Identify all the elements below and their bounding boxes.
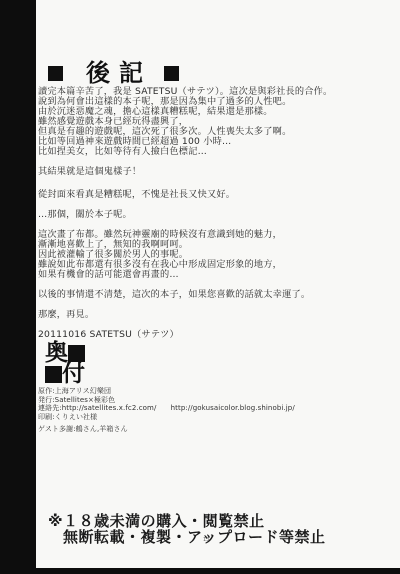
black-square-icon [48,66,63,81]
page-title-text: 後記 [86,60,152,87]
afterword-paragraph: 這次畫了布都。雖然玩神靈廟的時候沒有意識到她的魅力， 漸漸地喜歡上了，無知的我啊… [38,230,398,280]
black-square-icon [68,345,85,362]
colophon-line-guest-thanks: ゲスト多謝:鶴さん,羊箱さん [38,425,398,434]
page-content: 後記 讀完本篇辛苦了，我是 SATETSU（サテツ）。這次是與彩社長的合作。 說… [37,0,398,545]
colophon-line-printer: 印刷:くりえい社様 [38,413,398,422]
age-restriction-warning: ※１８歳未満の購入・閲覧禁止 無断転載・複製・アップロード等禁止 [37,513,398,545]
left-border-bar [0,0,36,574]
colophon-heading-char: 付 [62,364,85,385]
colophon-line-original-work: 原作:上海アリス幻樂団 [38,387,398,396]
afterword-date-signature: 20111016 SATETSU（サテツ） [38,330,398,340]
age-warning-line-1: ※１８歳未満の購入・閲覧禁止 [48,513,398,529]
afterword-body: 讀完本篇辛苦了，我是 SATETSU（サテツ）。這次是與彩社長的合作。 說到為何… [37,87,398,340]
colophon-heading: 奥 付 [45,343,398,385]
black-square-icon [45,366,62,383]
colophon-heading-row: 付 [45,364,398,385]
afterword-paragraph: 讀完本篇辛苦了，我是 SATETSU（サテツ）。這次是與彩社長的合作。 說到為何… [38,87,398,157]
afterword-paragraph: 從封面來看真是糟糕呢，不愧是社長又快又好。 [38,190,398,200]
colophon-line-publisher: 発行:Satellites×極彩色 [38,396,398,405]
afterword-paragraph: …那個，關於本子呢。 [38,210,398,220]
afterword-paragraph: 其結果就是這個鬼樣子！ [38,167,398,177]
afterword-paragraph: 那麼，再見。 [38,310,398,320]
age-warning-line-2: 無断転載・複製・アップロード等禁止 [63,529,398,545]
black-square-icon [164,66,179,81]
bottom-border-bar [0,568,400,574]
colophon-line-contact: 連絡先:http://satellites.x.fc2.com/ http://… [38,404,398,413]
page-number: 13 [203,538,209,543]
afterword-paragraph: 以後的事情還不清楚，這次的本子，如果您喜歡的話就太幸運了。 [38,290,398,300]
colophon-credits: 原作:上海アリス幻樂団 発行:Satellites×極彩色 連絡先:http:/… [38,387,398,433]
afterword-page: 後記 讀完本篇辛苦了，我是 SATETSU（サテツ）。這次是與彩社長的合作。 說… [0,0,400,574]
page-title: 後記 [48,60,398,87]
colophon-heading-row: 奥 [45,343,398,364]
